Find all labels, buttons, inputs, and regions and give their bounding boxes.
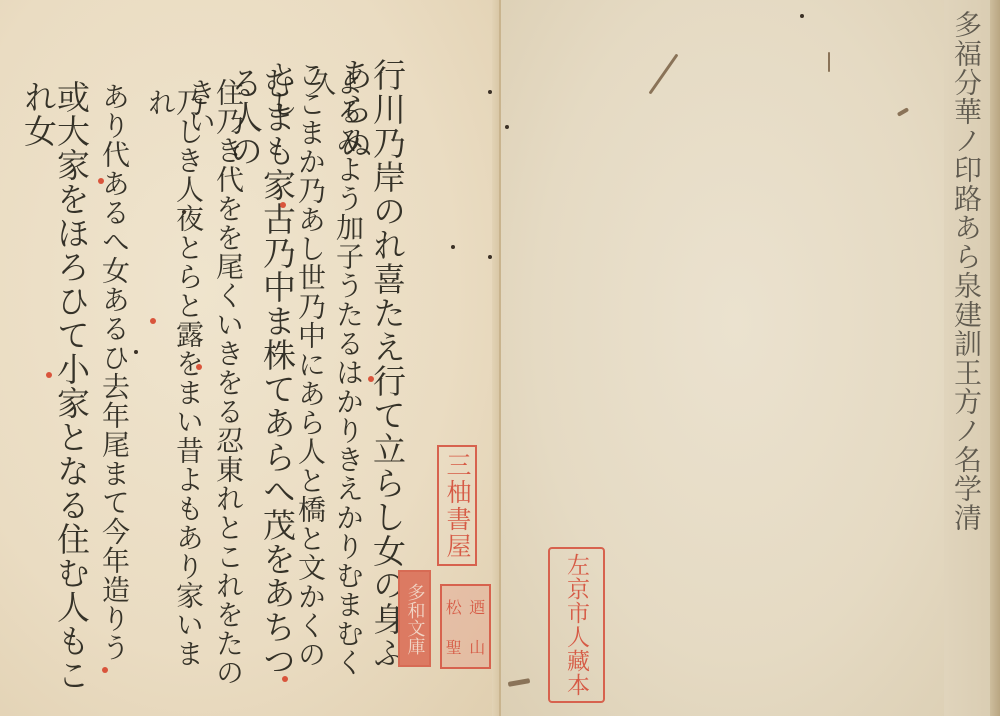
seal-sanyu-shooku: 三柚書屋 [437,445,477,566]
paper-speck [488,255,492,259]
red-mark [282,676,288,682]
seal-char: 迺 [466,586,490,627]
paper-speck [134,350,138,354]
text-column-8: 或大家をほろひて小家となる住む人もこれ女 [22,80,88,700]
red-mark [368,376,374,382]
paper-speck [800,14,804,18]
margin-text-column: 多福分華ノ印路あら泉建訓王方ノ名学清 [952,10,980,650]
page-edge-right [990,0,1000,716]
text-column-7: あり代あるへ女あるひ去年尾まて今年造りう [100,82,128,682]
paper-speck [451,245,455,249]
seal-char: 山 [466,627,490,668]
red-mark [150,318,156,324]
seal-square: 松 迺 聖 山 [440,584,491,669]
text-column-6: 乃しき人夜とらと露をまい昔よもあり家いまれ [146,88,202,688]
red-mark [102,667,108,673]
red-mark [46,372,52,378]
seal-tawa-bunko: 多和文庫 [398,570,431,667]
red-mark [196,364,202,370]
seal-char: 聖 [442,627,466,668]
manuscript-spread: 行川乃岸のれ喜たえ行て立らし女の身ふあらぬ よるみよう加子うたるはかりきえかりむ… [0,0,1000,716]
paper-speck [505,125,509,129]
seal-char: 松 [442,586,466,627]
paper-speck [488,90,492,94]
paper-speck [182,210,186,214]
fiber-mark [828,52,830,72]
seal-sakyo-collection: 左京市人藏本 [548,547,605,703]
red-mark [98,178,104,184]
red-mark [280,202,286,208]
